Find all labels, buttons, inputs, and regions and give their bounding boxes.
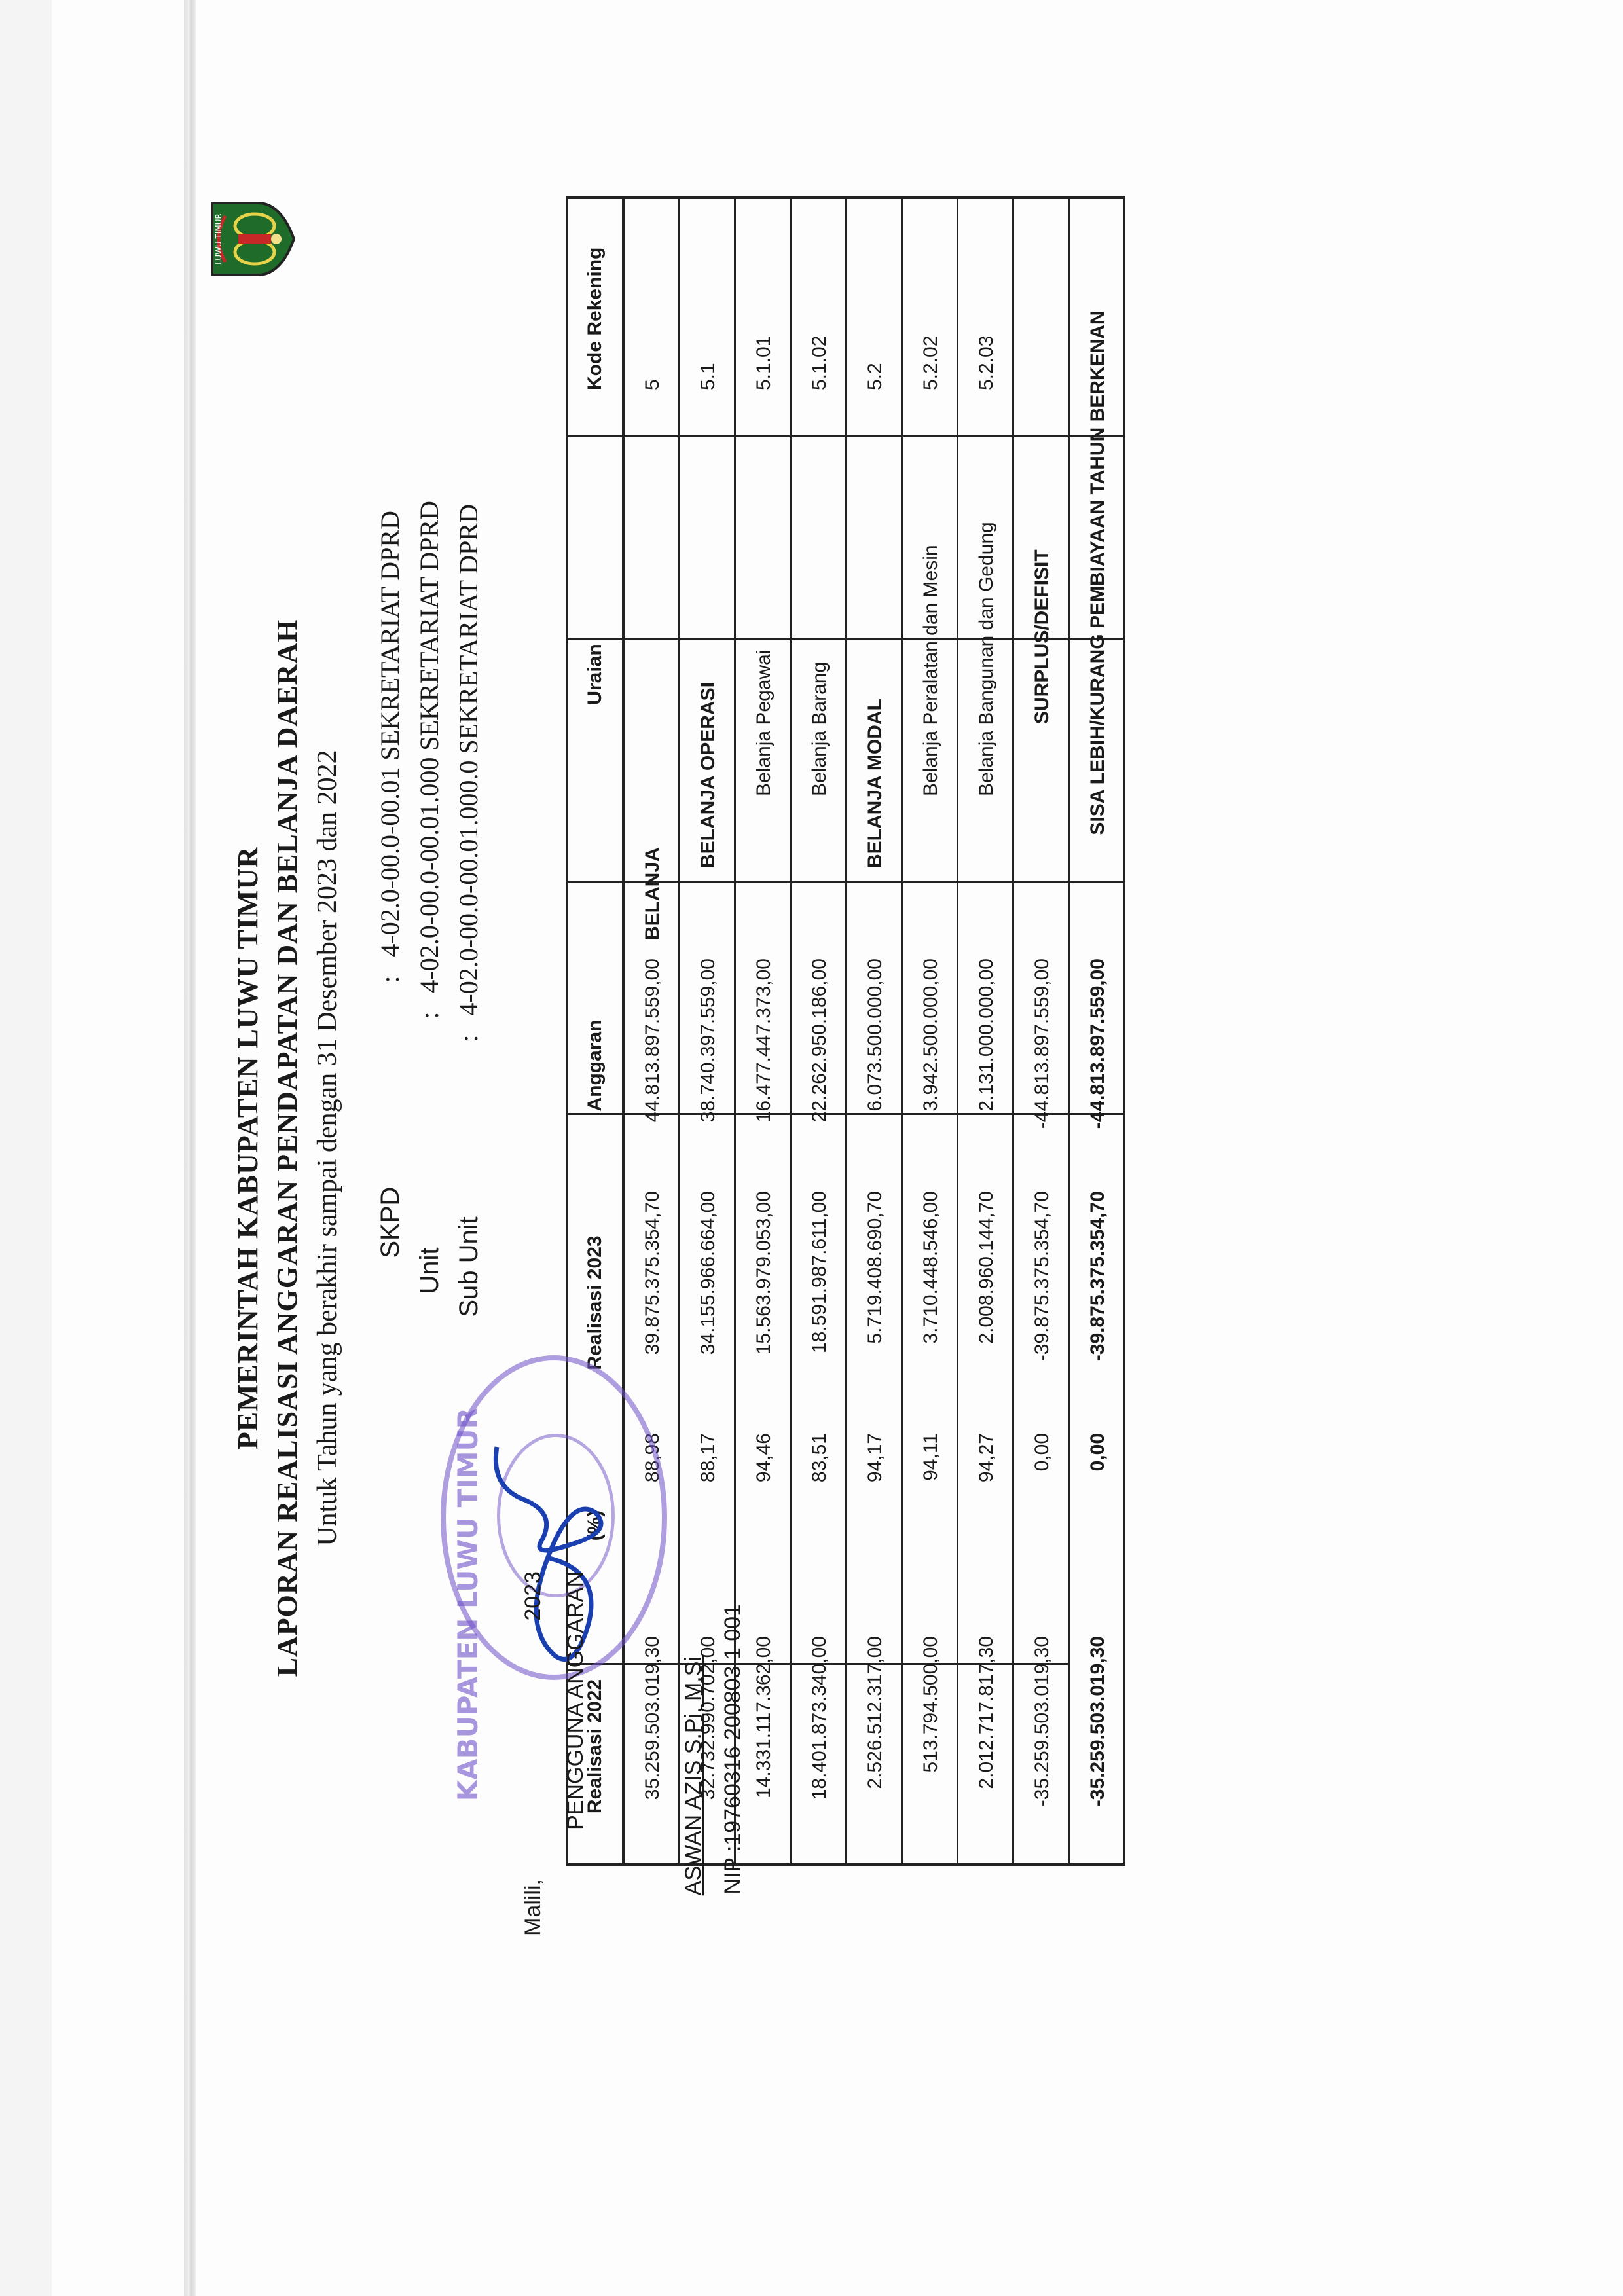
- table-row-persen: 88,17: [680, 1424, 736, 1627]
- table-row-persen: 94,46: [736, 1424, 792, 1627]
- table-row-kode: 5: [625, 196, 680, 399]
- signatory-nip: NIP :19760316 200803 1 001: [720, 1604, 746, 1895]
- signature-role: PENGGUNA ANGGARAN: [563, 1571, 589, 1830]
- table-row-realisasi-2023: 15.563.979.053,00: [736, 1182, 792, 1424]
- table-row-realisasi-2022: -35.259.503.019,30: [1014, 1627, 1070, 1866]
- table-row-uraian: Belanja Barang: [792, 399, 847, 949]
- footer-realisasi-2022: -35.259.503.019,30: [1070, 1627, 1125, 1866]
- signature-year: 2023: [520, 1571, 546, 1621]
- table-row-realisasi-2023: 39.875.375.354,70: [625, 1182, 680, 1424]
- signatory-name: ASWAN AZIS S.Pi, M.Si: [681, 1656, 706, 1895]
- table-row-uraian: BELANJA MODAL: [847, 399, 903, 949]
- table-row-persen: 0,00: [1014, 1424, 1070, 1627]
- table-row-realisasi-2023: 34.155.966.664,00: [680, 1182, 736, 1424]
- identity-skpd: SKPD:4-02.0-00.0-00.01 SEKRETARIAT DPRD: [374, 511, 405, 1258]
- footer-realisasi-2023: -39.875.375.354,70: [1070, 1182, 1125, 1424]
- table-row-anggaran: 16.477.447.373,00: [736, 949, 792, 1182]
- identity-unit-value: 4-02.0-00.0-00.01.000 SEKRETARIAT DPRD: [414, 501, 444, 993]
- scan-edge: [0, 0, 52, 2296]
- page-fold-line: [184, 0, 196, 2296]
- table-row-realisasi-2022: 18.401.873.340,00: [792, 1627, 847, 1866]
- table-row-persen: 83,51: [792, 1424, 847, 1627]
- table-row-persen: 94,17: [847, 1424, 903, 1627]
- table-row-anggaran: 22.262.950.186,00: [792, 949, 847, 1182]
- table-row-kode: [1014, 196, 1070, 399]
- table-row-realisasi-2022: 2.526.512.317,00: [847, 1627, 903, 1866]
- table-row-persen: 94,11: [903, 1424, 958, 1627]
- table-row-anggaran: 2.131.000.000,00: [958, 949, 1014, 1182]
- table-row-anggaran: 6.073.500.000,00: [847, 949, 903, 1182]
- report-page: LUWU TIMUR PEMERINTAH KABUPATEN LUWU TIM…: [0, 0, 1623, 2296]
- identity-skpd-value: 4-02.0-00.0-00.01 SEKRETARIAT DPRD: [375, 511, 405, 957]
- table-row-uraian: Belanja Bangunan dan Gedung: [958, 399, 1014, 949]
- table-row-uraian: BELANJA OPERASI: [680, 399, 736, 949]
- column-header-kode: Kode Rekening: [566, 196, 625, 399]
- table-row-kode: 5.1: [680, 196, 736, 399]
- report-period: Untuk Tahun yang berakhir sampai dengan …: [312, 0, 343, 2296]
- table-row-anggaran: -44.813.897.559,00: [1014, 949, 1070, 1182]
- table-row-anggaran: 44.813.897.559,00: [625, 949, 680, 1182]
- table-row-kode: 5.1.02: [792, 196, 847, 399]
- table-row-anggaran: 38.740.397.559,00: [680, 949, 736, 1182]
- signature-place: Malili,: [520, 1879, 546, 1936]
- table-row-realisasi-2023: 3.710.448.546,00: [903, 1182, 958, 1424]
- table-row-kode: 5.2: [847, 196, 903, 399]
- table-row-kode: 5.1.01: [736, 196, 792, 399]
- table-row-realisasi-2022: 513.794.500,00: [903, 1627, 958, 1866]
- table-row-uraian: Belanja Peralatan dan Mesin: [903, 399, 958, 949]
- footer-label: SISA LEBIH/KURANG PEMBIAYAAN TAHUN BERKE…: [1070, 196, 1125, 949]
- footer-anggaran: -44.813.897.559,00: [1070, 949, 1125, 1182]
- table-row-uraian: BELANJA: [625, 399, 680, 949]
- identity-subunit: Sub Unit:4-02.0-00.0-00.01.000.0 SEKRETA…: [453, 504, 484, 1317]
- table-row-kode: 5.2.02: [903, 196, 958, 399]
- government-heading: PEMERINTAH KABUPATEN LUWU TIMUR: [231, 0, 264, 2296]
- table-row-uraian: Belanja Pegawai: [736, 399, 792, 949]
- identity-unit: Unit:4-02.0-00.0-00.01.000 SEKRETARIAT D…: [414, 501, 445, 1294]
- table-row-uraian: SURPLUS/DEFISIT: [1014, 399, 1070, 949]
- table-row-realisasi-2023: 2.008.960.144,70: [958, 1182, 1014, 1424]
- footer-persen: 0,00: [1070, 1424, 1125, 1627]
- table-row-anggaran: 3.942.500.000,00: [903, 949, 958, 1182]
- column-header-anggaran: Anggaran: [566, 949, 625, 1182]
- svg-text:LUWU TIMUR: LUWU TIMUR: [214, 213, 223, 264]
- table-row-realisasi-2022: 2.012.717.817,30: [958, 1627, 1014, 1866]
- table-row-kode: 5.2.03: [958, 196, 1014, 399]
- table-row-realisasi-2023: 5.719.408.690,70: [847, 1182, 903, 1424]
- table-row-realisasi-2023: 18.591.987.611,00: [792, 1182, 847, 1424]
- handwritten-signature-icon: [458, 1408, 654, 1683]
- table-row-realisasi-2023: -39.875.375.354,70: [1014, 1182, 1070, 1424]
- column-header-uraian: Uraian: [566, 399, 625, 949]
- report-title: LAPORAN REALISASI ANGGARAN PENDAPATAN DA…: [270, 0, 304, 2296]
- table-row-persen: 94,27: [958, 1424, 1014, 1627]
- identity-subunit-value: 4-02.0-00.0-00.01.000.0 SEKRETARIAT DPRD: [454, 504, 483, 1016]
